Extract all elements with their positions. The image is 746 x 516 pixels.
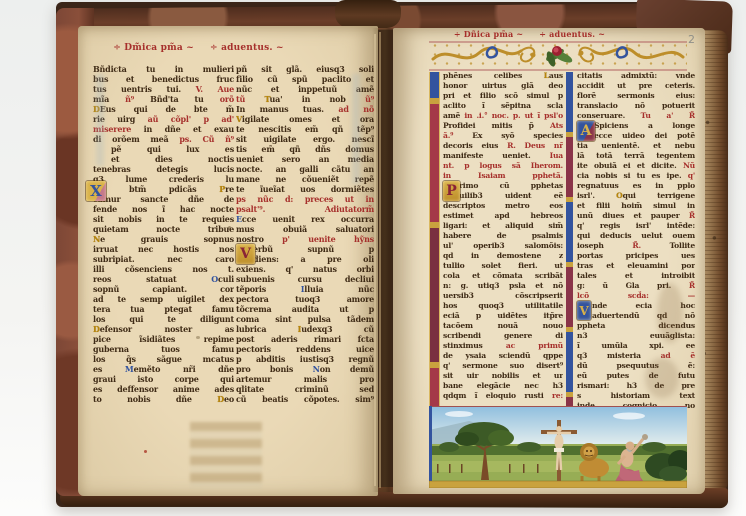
text-line: post aderis rimari fcta — [236, 334, 374, 344]
text-line: diens: a pre oli — [236, 254, 374, 264]
text-line: miserere in dñe et exau — [93, 124, 234, 134]
body-text: in dñe et exau — [144, 124, 234, 134]
rubric-text: Nũ — [683, 161, 695, 170]
body-text: pectora tuoq3 amore — [236, 294, 374, 304]
text-line: ite obuiã ei et dicite. Nũ — [577, 161, 695, 171]
header-season-label: ÷ aduentus. ~ — [210, 43, 284, 53]
body-text: habere de psalmis — [443, 231, 563, 240]
body-text: bus et benedictus fruc — [93, 74, 234, 84]
speck — [196, 336, 200, 339]
body-text: eciã p uidẽtes itp̃re — [443, 311, 563, 320]
rubric-text: R̃ — [689, 281, 695, 290]
body-text: eo — [224, 394, 234, 404]
text-line: tẽporis Illuia nũc — [236, 284, 374, 294]
text-line: mus obuiã saluatori — [236, 224, 374, 234]
body-text: pñ sit glã. eiusq3 soli — [236, 64, 374, 74]
text-line: regnatuus es in pplo — [577, 181, 695, 191]
text-line: Ecce uenit rex occurra — [236, 214, 374, 224]
rubric-text: ñ⁹ — [125, 94, 150, 104]
header-season-label: ÷ aduentus. ~ — [539, 29, 605, 39]
body-text: ul' operib3 salomõis: — [443, 241, 563, 250]
text-line: Profidei mitis p̃ Ats — [443, 121, 563, 131]
text-line: tacõem nouã nouo — [443, 321, 563, 331]
text-line: lã totã terrã tegentem — [577, 151, 695, 161]
text-line: isrl'. Oqui terrigene — [577, 191, 695, 201]
text-line: translacio nõ potuerit — [577, 101, 695, 111]
parchment-smudge — [657, 283, 683, 343]
text-line: hos quoq3 utilitatile — [443, 301, 563, 311]
text-line: accidit ut pre ceteris. — [577, 81, 695, 91]
body-text: accidit ut pre ceteris. — [577, 81, 695, 90]
body-text: qdqm ĩ eloquio rusti — [443, 391, 552, 400]
text-line: pẽ qui lux es — [93, 144, 234, 154]
text-line: q' sermone suo disert⁹ — [443, 361, 563, 371]
text-line: exiens. q' natus orbi — [236, 264, 374, 274]
body-text: sit uir nobilis et ur — [443, 371, 563, 380]
text-line: habere de psalmis — [443, 231, 563, 241]
text-line: conseruare. Tu a' R̃ — [577, 111, 695, 121]
rubric-text: ps. Cũ ñ⁹ — [179, 134, 234, 144]
body-text: diens: a pre oli — [253, 254, 374, 264]
text-line: sit uir nobilis et ur — [443, 371, 563, 381]
body-text: tus uentris tui. — [93, 84, 196, 94]
body-text: mus obuiã saluatori — [236, 224, 374, 234]
text-line: scribendi genere di — [443, 331, 563, 341]
tree — [517, 442, 541, 452]
loincloth — [554, 448, 564, 452]
right-page-header: ÷ Dñica pm̃a ~ ÷ aduentus. ~ — [437, 29, 622, 39]
body-text: subuenis cursu decliui — [236, 274, 374, 284]
red-ink-spot — [144, 450, 147, 453]
body-text: sopnũ capiant. cor — [93, 284, 234, 294]
body-text: qlitate criminũ sed — [236, 384, 374, 394]
text-line: nt. p logus sã Iherom. — [443, 161, 563, 171]
text-line: quietam nocte tribue — [93, 224, 234, 234]
body-text: udexq3 cũ — [301, 324, 374, 334]
text-line: irruat nec hostis nos — [93, 244, 234, 254]
header-sunday-label: ÷ Dm̃ica pm̃a ~ — [113, 43, 194, 53]
text-line: uersib3 cõscripserit — [443, 291, 563, 301]
body-text: D — [217, 394, 224, 404]
body-text: tera tua ptegat famu — [93, 304, 234, 314]
text-line: tia uenientẽ. et nebu — [577, 141, 695, 151]
text-line: los q̃s sãgue mcatus — [93, 354, 234, 364]
text-line: rimo cũ pphetas — [443, 181, 563, 191]
text-line: in Isaiam pphetã. — [443, 171, 563, 181]
folio-number-pencil: 2 — [688, 33, 695, 46]
body-text: honor uirtus glã deo — [443, 81, 563, 90]
text-line: nostro p' uenite hỹns — [236, 234, 374, 244]
text-line: DEus qui de bte m̃ — [93, 104, 234, 114]
text-line: camur sancte dñe de — [93, 194, 234, 204]
body-text: ligari: et aliquid sim̃ — [443, 221, 563, 230]
page-edge-line — [379, 32, 381, 488]
text-line: aclito ĩ sẽpitna scla — [443, 101, 563, 111]
text-line: artemur malis pro — [236, 374, 374, 384]
body-text: subripiat. nec caro — [93, 254, 234, 264]
body-text: es — [93, 364, 125, 374]
body-text: aus — [549, 71, 563, 80]
body-text: manifeste ueniet. — [443, 151, 550, 160]
right-page: ÷ Dñica pm̃a ~ ÷ aduentus. ~ 2 — [393, 28, 705, 494]
body-text: es deffensor anime ades — [93, 384, 234, 394]
rubric-text: re: — [552, 391, 563, 400]
text-line: estimet apd hebreos — [443, 211, 563, 221]
body-text: florẽ sermonis eius: — [577, 91, 695, 100]
left-column-1: Bñdicta tu in mulieribus et benedictus f… — [93, 64, 234, 404]
text-line: p abditis iustisq3 regnũ — [236, 354, 374, 364]
body-text: regnatuus es in pplo — [577, 181, 695, 190]
body-text: p abditis iustisq3 regnũ — [236, 354, 374, 364]
body-text: Tollite — [670, 241, 695, 250]
text-line: et filii hoim̃ simul in — [577, 201, 695, 211]
body-text: lã totã terrã tegentem — [577, 151, 695, 160]
frame-top-line — [429, 406, 687, 407]
rubric-text: nt. p logus sã Iherom. — [443, 161, 563, 170]
text-line: mĩa ñ⁹ Bñd'ta tu orõ — [93, 94, 234, 104]
rubric-text: in Isaiam pphetã. — [443, 171, 563, 180]
left-page: ÷ Dm̃ica pm̃a ~ ÷ aduentus. ~ Bñdicta tu… — [78, 26, 378, 496]
rubric-text: Iua — [550, 151, 563, 160]
text-line: florẽ sermonis eius: — [577, 91, 695, 101]
body-text: s historiam text — [577, 391, 695, 400]
intercolumn-border-bar — [566, 72, 573, 406]
text-line: rie uirg aũ cõpl' p ad' — [93, 114, 234, 124]
miniature-art — [429, 406, 687, 488]
text-line: cũ beatis cõpotes. sim⁹ — [236, 394, 374, 404]
text-line: ĩ umũla xpi. ee — [577, 341, 695, 351]
text-line: tras et eleuamini por — [577, 261, 695, 271]
body-text: emẽto nr̃i dñe — [134, 364, 234, 374]
text-line: tõcrema audita ut p — [236, 304, 374, 314]
rubric-text: ps nũc d: preces ut in — [236, 194, 374, 204]
body-text: re — [225, 184, 234, 194]
text-line: guberna tuos famu — [93, 344, 234, 354]
text-line: tus uentris tui. V. Aue — [93, 84, 234, 94]
text-line: qlitate criminũ sed — [236, 384, 374, 394]
body-text: uilib3 uident eẽ — [459, 191, 563, 200]
spine-headband — [335, 0, 401, 28]
text-line: pice ĩsidiãtes repime — [93, 334, 234, 344]
body-text: cola et cõmata scribãt — [443, 271, 563, 280]
body-text: sit nobis in te requies — [93, 214, 234, 224]
text-line: descriptos metro eos — [443, 201, 563, 211]
body-text: ecce uideo dei potẽ — [594, 131, 695, 140]
body-text: hos quoq3 utilitatile — [443, 301, 563, 310]
illuminated-initial-x: X — [86, 181, 106, 201]
text-line: erbũ supnũ p — [236, 244, 374, 254]
rubric-text: orõ — [220, 94, 234, 104]
body-text: n: g. utiq3 psla et nõ — [443, 281, 563, 290]
text-line: sit nobis in te requies — [93, 214, 234, 224]
body-text: ua' in nob — [270, 94, 366, 104]
text-line: es Memẽto nr̃i dñe — [93, 364, 234, 374]
christ-head — [556, 426, 562, 432]
text-line: de ysaia sciendũ qppe — [443, 351, 563, 361]
body-text: ad te semp uigilet dex — [93, 294, 234, 304]
text-line: me btm̃ pdicãs Pre — [93, 184, 234, 194]
body-text: pro bonis — [236, 364, 313, 374]
body-text: lluia nũc — [304, 284, 374, 294]
illuminated-initial-a: A — [577, 121, 595, 141]
cloud — [613, 413, 645, 420]
text-line: coma sint pulsa tãdem — [236, 314, 374, 324]
illuminated-initial-v: V — [236, 244, 255, 264]
body-text: scribendi genere di — [443, 331, 563, 340]
text-line: fende nos ĩ hac nocte — [93, 204, 234, 214]
body-text: graui isto corpe qui — [93, 374, 234, 384]
text-line: amẽ in .i.° noc. p. ut ĩ psl'o — [443, 111, 563, 121]
body-text: tullio solet fieri. ut — [443, 261, 563, 270]
body-text: te ĩueĩat uos dormiẽtes — [236, 184, 374, 194]
text-line: bus et benedictus fruc — [93, 74, 234, 84]
body-text: stinximus — [443, 341, 506, 350]
floral-border-art — [429, 41, 687, 71]
rubric-text: aũ cõpl' p ad' — [148, 114, 234, 124]
text-line: pri et filio scõ simul p — [443, 91, 563, 101]
text-line: pro bonis Non demũ — [236, 364, 374, 374]
body-text: los q̃s sãgue mcatus — [93, 354, 234, 364]
text-line: tera tua ptegat famu — [93, 304, 234, 314]
text-line: eciã p uidẽtes itp̃re — [443, 311, 563, 321]
text-line: psalt'⁹. Adiutatorm̃ — [236, 204, 374, 214]
body-text: qui terrigene — [623, 191, 695, 200]
body-text: efensor noster as — [100, 324, 234, 334]
miniature-st-jerome — [429, 406, 687, 488]
text-line: pñ sit glã. eiusq3 soli — [236, 64, 374, 74]
text-line: cia nobis si tu es ipe. q' — [577, 171, 695, 181]
rubric-text: ã.⁹ — [443, 131, 472, 140]
rubric-text: p' uenite hỹns — [282, 234, 374, 244]
header-sunday-label: ÷ Dñica pm̃a ~ — [454, 29, 523, 39]
text-line: es deffensor anime ades — [93, 384, 234, 394]
body-text: q' regis isrl' intẽde: — [577, 221, 695, 230]
body-text: unũ diues et pauper — [577, 211, 689, 220]
body-text: amẽ — [443, 111, 464, 120]
body-text: translacio nõ potuerit — [577, 101, 695, 110]
tree — [642, 442, 666, 452]
rubric-text: q' — [688, 171, 695, 180]
body-text: pice ĩsidiãtes repime — [93, 334, 234, 344]
rubric-text: R̃ — [689, 111, 695, 120]
frame-gold-bar — [429, 481, 687, 488]
body-text: ĩ umũla xpi. ee — [577, 341, 695, 350]
body-text: tras et eleuamini por — [577, 261, 695, 270]
body-text: pri et filio scõ simul p — [443, 91, 563, 100]
text-line: graui isto corpe qui — [93, 374, 234, 384]
text-line: citatis admixtũ: vnde — [577, 71, 695, 81]
text-line: q3 lume crederis lu — [93, 174, 234, 184]
body-text: aclito ĩ sẽpitna scla — [443, 101, 563, 110]
left-page-header: ÷ Dm̃ica pm̃a ~ ÷ aduentus. ~ — [106, 43, 291, 53]
text-line: q' regis isrl' intẽde: — [577, 221, 695, 231]
body-text: qd in demostene z — [443, 251, 563, 260]
illuminated-initial-p: P — [443, 181, 460, 201]
body-text: to nobis dñe — [93, 394, 217, 404]
body-text: tales et introibit — [577, 271, 695, 280]
text-line: ã.⁹ Ex syõ species — [443, 131, 563, 141]
right-column-1: phẽnes celibes Laushonor uirtus glã deop… — [443, 71, 563, 401]
text-line: honor uirtus glã deo — [443, 81, 563, 91]
text-line: s historiam text — [577, 391, 695, 401]
body-text: Eus qui de bte m̃ — [100, 104, 234, 114]
body-text: citatis admixtũ: vnde — [577, 71, 695, 80]
speck — [228, 226, 231, 230]
body-text: Spiciens a longe — [594, 121, 695, 130]
body-text: M — [125, 364, 134, 374]
text-line: ad te semp uigilet dex — [93, 294, 234, 304]
body-text: q3 lume crederis lu — [93, 174, 234, 184]
body-text: artemur malis pro — [236, 374, 374, 384]
text-line: los qui te diligunt — [93, 314, 234, 324]
rubric-text: V. Aue — [196, 84, 234, 94]
rubric-text: ac primũ — [506, 341, 563, 350]
text-line: pectora tuoq3 amore — [236, 294, 374, 304]
body-text: qui deducis uelut ouem — [577, 231, 695, 240]
parchment-smudge — [645, 358, 679, 398]
body-text: Ex syõ species — [472, 131, 563, 140]
text-line: phẽnes celibes Laus — [443, 71, 563, 81]
text-line: qd in demostene z — [443, 251, 563, 261]
text-line: manifeste ueniet. Iua — [443, 151, 563, 161]
body-text: reos statuat — [93, 274, 211, 284]
parchment-stain — [190, 422, 262, 488]
body-text: cia nobis si tu es ipe. — [577, 171, 688, 180]
body-text: cce uenit rex occurra — [242, 214, 374, 224]
page-edge-line — [374, 34, 376, 486]
body-text: ioseph — [577, 241, 632, 250]
text-line: subripiat. nec caro — [93, 254, 234, 264]
page-edge-tint — [352, 74, 360, 184]
body-text: pẽ qui lux es — [111, 144, 234, 154]
body-text: tacõem nouã nouo — [443, 321, 563, 330]
text-line: Ne grauis sopnus — [93, 234, 234, 244]
body-text: estimet apd hebreos — [443, 211, 563, 220]
body-text: bane elegãcie nec h3 — [443, 381, 563, 390]
body-text: post aderis rimari fcta — [236, 334, 374, 344]
text-line: tales et introibit — [577, 271, 695, 281]
body-text: coma sint pulsa tãdem — [236, 314, 374, 324]
body-text: nostro — [236, 234, 282, 244]
text-line: unũ diues et pauper R̃ — [577, 211, 695, 221]
body-text: rimo cũ pphetas — [459, 181, 563, 190]
body-text: illi cõsenciens nos t. — [93, 264, 234, 274]
tree — [439, 442, 459, 452]
rubric-text: tũ — [236, 94, 264, 104]
text-line: te ĩueĩat uos dormiẽtes — [236, 184, 374, 194]
rubric-text: R. Deus nr̃ — [507, 141, 563, 150]
text-line: stinximus ac primũ — [443, 341, 563, 351]
rubric-text: Ats — [550, 121, 563, 130]
body-text: portas pricipes ues — [577, 251, 695, 260]
body-text: q3 misteria — [577, 351, 661, 360]
body-text: tẽporis — [236, 284, 301, 294]
text-line: portas pricipes ues — [577, 251, 695, 261]
body-text: q' sermone suo disert⁹ — [443, 361, 563, 370]
text-line: subuenis cursu decliui — [236, 274, 374, 284]
text-line: bane elegãcie nec h3 — [443, 381, 563, 391]
body-text: D — [93, 324, 100, 334]
christ-body — [555, 434, 564, 450]
rubric-text: R̃. — [632, 241, 669, 250]
rubric-text: R̃ — [689, 211, 695, 220]
body-text: tõcrema audita ut p — [236, 304, 374, 314]
body-text: et filii hoim̃ simul in — [577, 201, 695, 210]
text-line: et dies noctis — [93, 154, 234, 164]
body-text: Bñd'ta tu — [150, 94, 220, 104]
body-text: e grauis sopnus — [100, 234, 234, 244]
body-text: decoris eius — [443, 141, 507, 150]
body-text: di orõem meã — [93, 134, 179, 144]
body-text: guberna tuos famu — [93, 344, 234, 354]
body-text: et dies noctis — [111, 154, 234, 164]
body-text: uersib3 cõscripserit — [443, 291, 563, 300]
text-line: qui deducis uelut ouem — [577, 231, 695, 241]
body-text: los qui te diligunt — [93, 314, 234, 324]
rubric-text: in .i.° noc. p. ut ĩ psl'o — [464, 111, 563, 120]
body-text: tenebras detegis lucis — [93, 164, 234, 174]
body-text: on demũ — [320, 364, 374, 374]
body-text: erbũ supnũ p — [253, 244, 374, 254]
text-line: lubrica Iudexq3 cũ — [236, 324, 374, 334]
text-line: reos statuat Oculi — [93, 274, 234, 284]
body-text: quietam nocte tribue — [93, 224, 234, 234]
body-text: descriptos metro eos — [443, 201, 563, 210]
rubric-text: psalt'⁹. Adiutatorm̃ — [236, 204, 374, 214]
body-text: phẽnes celibes — [443, 71, 544, 80]
body-text: cũ beatis cõpotes. sim⁹ — [236, 394, 374, 404]
cloud — [445, 411, 473, 417]
frame-left-bar — [429, 406, 432, 488]
body-text: lubrica — [236, 324, 298, 334]
body-text: N — [313, 364, 320, 374]
text-line: ul' operib3 salomõis: — [443, 241, 563, 251]
text-line: ps nũc d: preces ut in — [236, 194, 374, 204]
text-line: sopnũ capiant. cor — [93, 284, 234, 294]
text-line: Defensor noster as — [93, 324, 234, 334]
text-line: cola et cõmata scribãt — [443, 271, 563, 281]
text-line: ioseph R̃. Tollite — [577, 241, 695, 251]
text-line: di orõem meã ps. Cũ ñ⁹ — [93, 134, 234, 144]
body-text: pectoris reddens uice — [236, 344, 374, 354]
text-line: decoris eius R. Deus nr̃ — [443, 141, 563, 151]
text-line: Bñdicta tu in mulieri — [93, 64, 234, 74]
body-text: Bñdicta tu in mulieri — [93, 64, 234, 74]
body-text: fende nos ĩ hac nocte — [93, 204, 234, 214]
illuminated-top-border — [429, 41, 687, 71]
body-text: In manus tuas. — [236, 104, 338, 114]
text-line: qdqm ĩ eloquio rusti re: — [443, 391, 563, 401]
text-line: n: g. utiq3 psla et nõ — [443, 281, 563, 291]
text-line: uilib3 uident eẽ — [443, 191, 563, 201]
body-text: tia uenientẽ. et nebu — [577, 141, 695, 150]
body-text: irruat nec hostis nos — [93, 244, 234, 254]
page-edge-tint — [96, 74, 104, 166]
body-text: O — [211, 274, 218, 284]
manuscript-photo: ÷ Dm̃ica pm̃a ~ ÷ aduentus. ~ Bñdicta tu… — [0, 0, 746, 516]
illuminated-initial-v2: V — [577, 301, 591, 320]
text-line: to nobis dñe Deo — [93, 394, 234, 404]
body-text: me btm̃ pdicãs — [93, 184, 219, 194]
text-line: tenebras detegis lucis — [93, 164, 234, 174]
text-line: ligari: et aliquid sim̃ — [443, 221, 563, 231]
body-text: camur sancte dñe de — [93, 194, 234, 204]
text-line: q3 misteria ad ẽ — [577, 351, 695, 361]
text-line: illi cõsenciens nos t. — [93, 264, 234, 274]
body-text: isrl'. — [577, 191, 616, 200]
body-text: culi — [218, 274, 234, 284]
body-text: exiens. q' natus orbi — [236, 264, 374, 274]
